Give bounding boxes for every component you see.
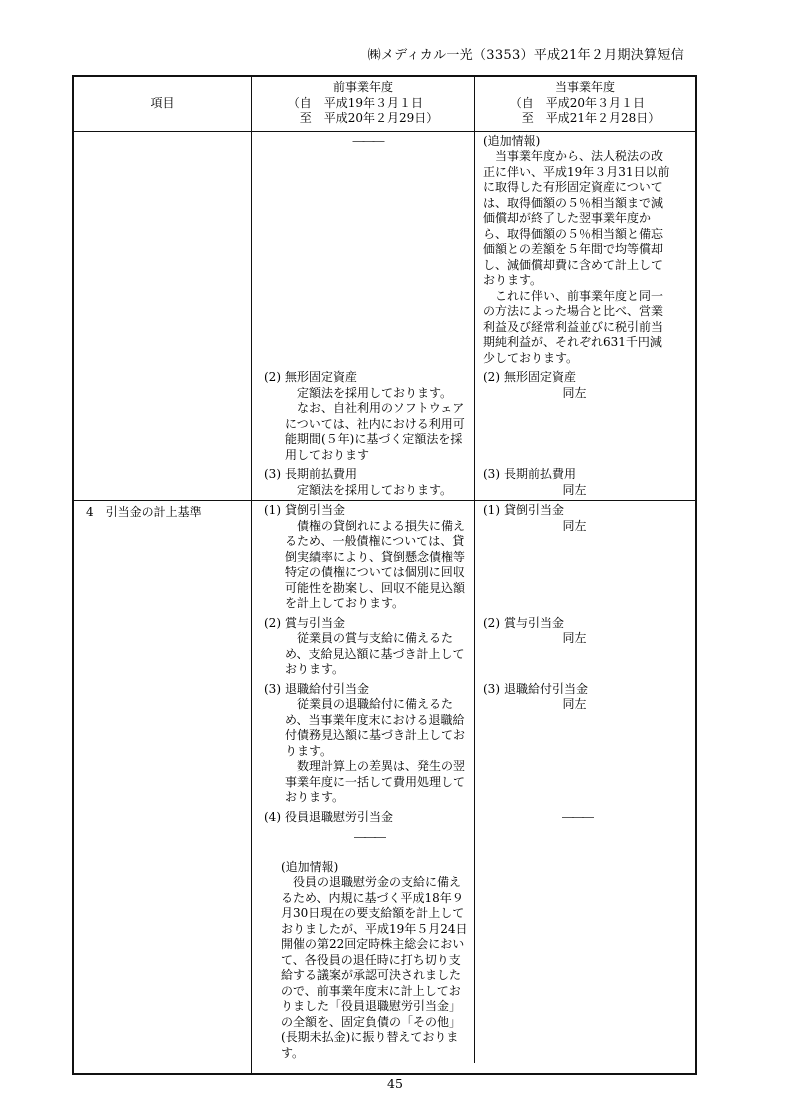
- item-paragraph: 債権の貸倒れによる損失に備えるため、一般債権については、貸倒実績率により、貸倒懸…: [285, 519, 471, 612]
- prev-none-cell: ―――: [252, 132, 475, 369]
- curr-intangible-cell: (2) 無形固定資産 同左: [475, 368, 695, 465]
- accounting-policies-table: 項目 前事業年度 （自 平成19年３月１日 至 平成20年２月29日） 当事業年…: [72, 75, 697, 1075]
- prev-year-period: （自 平成19年３月１日 至 平成20年２月29日）: [288, 96, 439, 127]
- list-item-long-term-prepaid: (3) 長期前払費用 定額法を採用しております。: [264, 467, 471, 498]
- item-title: 無形固定資産: [504, 370, 671, 386]
- row2-content: (1) 貸倒引当金 債権の貸倒れによる損失に備えるため、一般債権については、貸倒…: [252, 501, 695, 1073]
- none-dash: ―――: [353, 134, 383, 150]
- item-paragraph: 定額法を採用しております。: [285, 483, 471, 499]
- document-title: ㈱メディカル一光（3353）平成21年２月期決算短信: [72, 44, 684, 63]
- item-number: (2): [264, 370, 285, 463]
- additional-info-heading: (追加情報): [281, 860, 471, 876]
- item-title: 貸倒引当金: [285, 503, 471, 519]
- same-as-left-label: 同左: [504, 697, 671, 713]
- curr-year-from: （自 平成20年３月１日: [510, 96, 661, 112]
- item-number: (2): [483, 616, 504, 647]
- item-number: (3): [264, 467, 285, 498]
- item-title: 賞与引当金: [285, 616, 471, 632]
- item-title: 長期前払費用: [504, 467, 671, 483]
- item-number: (2): [483, 370, 504, 401]
- none-dash-line: ―――: [285, 830, 471, 846]
- item-number: (1): [264, 503, 285, 612]
- list-item-long-term-prepaid: (3) 長期前払費用 同左: [483, 467, 671, 498]
- row2-segment-additional-info: (追加情報) 役員の退職慰労金の支給に備えるため、内規に基づく平成18年９月30…: [252, 848, 695, 1074]
- item-paragraph: なお、自社利用のソフトウェアについては、社内における利用可能期間(５年)に基づく…: [285, 401, 471, 463]
- list-item-intangible-assets: (2) 無形固定資産 定額法を採用しております。 なお、自社利用のソフトウェアに…: [264, 370, 471, 463]
- curr-year-to: 至 平成21年２月28日）: [510, 111, 661, 127]
- curr-doubtful-cell: (1) 貸倒引当金 同左: [475, 501, 695, 614]
- prev-bonus-cell: (2) 賞与引当金 従業員の賞与支給に備えるため、支給見込額に基づき計上しており…: [252, 614, 475, 680]
- item-paragraph: 従業員の賞与支給に備えるため、支給見込額に基づき計上しております。: [285, 631, 471, 678]
- additional-info-paragraph: これに伴い、前事業年度と同一の方法によった場合と比べ、営業利益及び経常利益並びに…: [483, 289, 671, 367]
- col-header-prev-year: 前事業年度 （自 平成19年３月１日 至 平成20年２月29日）: [252, 77, 475, 131]
- same-as-left-label: 同左: [504, 483, 671, 499]
- list-item-bonus-allowance: (2) 賞与引当金 従業員の賞与支給に備えるため、支給見込額に基づき計上しており…: [264, 616, 471, 678]
- same-as-left-label: 同左: [504, 631, 671, 647]
- item-number: (1): [483, 503, 504, 534]
- row2-segment-bonus: (2) 賞与引当金 従業員の賞与支給に備えるため、支給見込額に基づき計上しており…: [252, 614, 695, 680]
- page-number: 45: [0, 1076, 790, 1091]
- row2-item-category-label: 4 引当金の計上基準: [74, 501, 252, 1073]
- item-number: (4): [264, 810, 285, 846]
- item-number: (3): [483, 467, 504, 498]
- row1-item-category-cell: [74, 132, 252, 501]
- item-title: 退職給付引当金: [285, 682, 471, 698]
- prev-year-to: 至 平成20年２月29日）: [288, 111, 439, 127]
- row1-segment-intangible: (2) 無形固定資産 定額法を採用しております。 なお、自社利用のソフトウェアに…: [252, 368, 695, 465]
- prev-intangible-cell: (2) 無形固定資産 定額法を採用しております。 なお、自社利用のソフトウェアに…: [252, 368, 475, 465]
- item-title: 貸倒引当金: [504, 503, 671, 519]
- prev-prepaid-cell: (3) 長期前払費用 定額法を採用しております。: [252, 465, 475, 500]
- prev-additional-info-cell: (追加情報) 役員の退職慰労金の支給に備えるため、内規に基づく平成18年９月30…: [252, 848, 475, 1064]
- additional-info-block: (追加情報) 役員の退職慰労金の支給に備えるため、内規に基づく平成18年９月30…: [264, 860, 471, 1062]
- list-item-officer-retirement-allowance: (4) 役員退職慰労引当金 ―――: [264, 810, 471, 846]
- prev-retirement-cell: (3) 退職給付引当金 従業員の退職給付に備えるため、当事業年度末における退職給…: [252, 680, 475, 808]
- same-as-left-label: 同左: [504, 519, 671, 535]
- list-item-allowance-doubtful-accounts: (1) 貸倒引当金 債権の貸倒れによる損失に備えるため、一般債権については、貸倒…: [264, 503, 471, 612]
- none-dash: ―――: [562, 810, 592, 826]
- document-page: ㈱メディカル一光（3353）平成21年２月期決算短信 項目 前事業年度 （自 平…: [0, 0, 790, 1118]
- table-row-depreciation: ――― (追加情報) 当事業年度から、法人税法の改正に伴い、平成19年３月31日…: [74, 132, 695, 502]
- list-item-retirement-benefit-allowance: (3) 退職給付引当金 従業員の退職給付に備えるため、当事業年度末における退職給…: [264, 682, 471, 806]
- additional-info-paragraph: 役員の退職慰労金の支給に備えるため、内規に基づく平成18年９月30日現在の要支給…: [281, 875, 471, 1061]
- item-title: 退職給付引当金: [504, 682, 671, 698]
- prev-officer-cell: (4) 役員退職慰労引当金 ―――: [252, 808, 475, 848]
- col-header-item: 項目: [74, 77, 252, 131]
- curr-empty-cell: [475, 848, 695, 1064]
- curr-additional-info-block: (追加情報) 当事業年度から、法人税法の改正に伴い、平成19年３月31日以前に取…: [475, 132, 695, 369]
- prev-year-title: 前事業年度: [254, 80, 472, 96]
- item-paragraph: 定額法を採用しております。: [285, 386, 471, 402]
- none-dash: ―――: [354, 830, 384, 846]
- curr-officer-none-cell: ―――: [475, 808, 695, 848]
- additional-info-heading: (追加情報): [483, 134, 671, 150]
- table-header-row: 項目 前事業年度 （自 平成19年３月１日 至 平成20年２月29日） 当事業年…: [74, 77, 695, 132]
- row2-segment-doubtful: (1) 貸倒引当金 債権の貸倒れによる損失に備えるため、一般債権については、貸倒…: [252, 501, 695, 614]
- item-paragraph: 従業員の退職給付に備えるため、当事業年度末における退職給付債務見込額に基づき計上…: [285, 697, 471, 759]
- curr-retirement-cell: (3) 退職給付引当金 同左: [475, 680, 695, 808]
- table-row-allowances: 4 引当金の計上基準 (1) 貸倒引当金 債権の貸倒れによる損失に備えるため、一…: [74, 501, 695, 1073]
- col-header-curr-year: 当事業年度 （自 平成20年３月１日 至 平成21年２月28日）: [475, 77, 695, 131]
- item-number: (3): [264, 682, 285, 806]
- list-item-retirement-benefit-allowance: (3) 退職給付引当金 同左: [483, 682, 671, 713]
- item-title: 役員退職慰労引当金: [285, 810, 471, 826]
- item-title: 長期前払費用: [285, 467, 471, 483]
- curr-year-period: （自 平成20年３月１日 至 平成21年２月28日）: [510, 96, 661, 127]
- list-item-intangible-assets: (2) 無形固定資産 同左: [483, 370, 671, 401]
- row1-segment-prepaid: (3) 長期前払費用 定額法を採用しております。 (3) 長期前払費用: [252, 465, 695, 500]
- row2-segment-retirement: (3) 退職給付引当金 従業員の退職給付に備えるため、当事業年度末における退職給…: [252, 680, 695, 808]
- row2-segment-officer: (4) 役員退職慰労引当金 ――― ―――: [252, 808, 695, 848]
- curr-bonus-cell: (2) 賞与引当金 同左: [475, 614, 695, 680]
- prev-doubtful-cell: (1) 貸倒引当金 債権の貸倒れによる損失に備えるため、一般債権については、貸倒…: [252, 501, 475, 614]
- row1-content: ――― (追加情報) 当事業年度から、法人税法の改正に伴い、平成19年３月31日…: [252, 132, 695, 501]
- list-item-allowance-doubtful-accounts: (1) 貸倒引当金 同左: [483, 503, 671, 534]
- same-as-left-label: 同左: [504, 386, 671, 402]
- prev-year-from: （自 平成19年３月１日: [288, 96, 439, 112]
- item-title: 無形固定資産: [285, 370, 471, 386]
- item-paragraph: 数理計算上の差異は、発生の翌事業年度に一括して費用処理しております。: [285, 759, 471, 806]
- item-title: 賞与引当金: [504, 616, 671, 632]
- item-number: (2): [264, 616, 285, 678]
- additional-info-paragraph: 当事業年度から、法人税法の改正に伴い、平成19年３月31日以前に取得した有形固定…: [483, 149, 671, 289]
- curr-prepaid-cell: (3) 長期前払費用 同左: [475, 465, 695, 500]
- list-item-bonus-allowance: (2) 賞与引当金 同左: [483, 616, 671, 647]
- row1-segment-note: ――― (追加情報) 当事業年度から、法人税法の改正に伴い、平成19年３月31日…: [252, 132, 695, 369]
- curr-year-title: 当事業年度: [477, 80, 693, 96]
- item-number: (3): [483, 682, 504, 713]
